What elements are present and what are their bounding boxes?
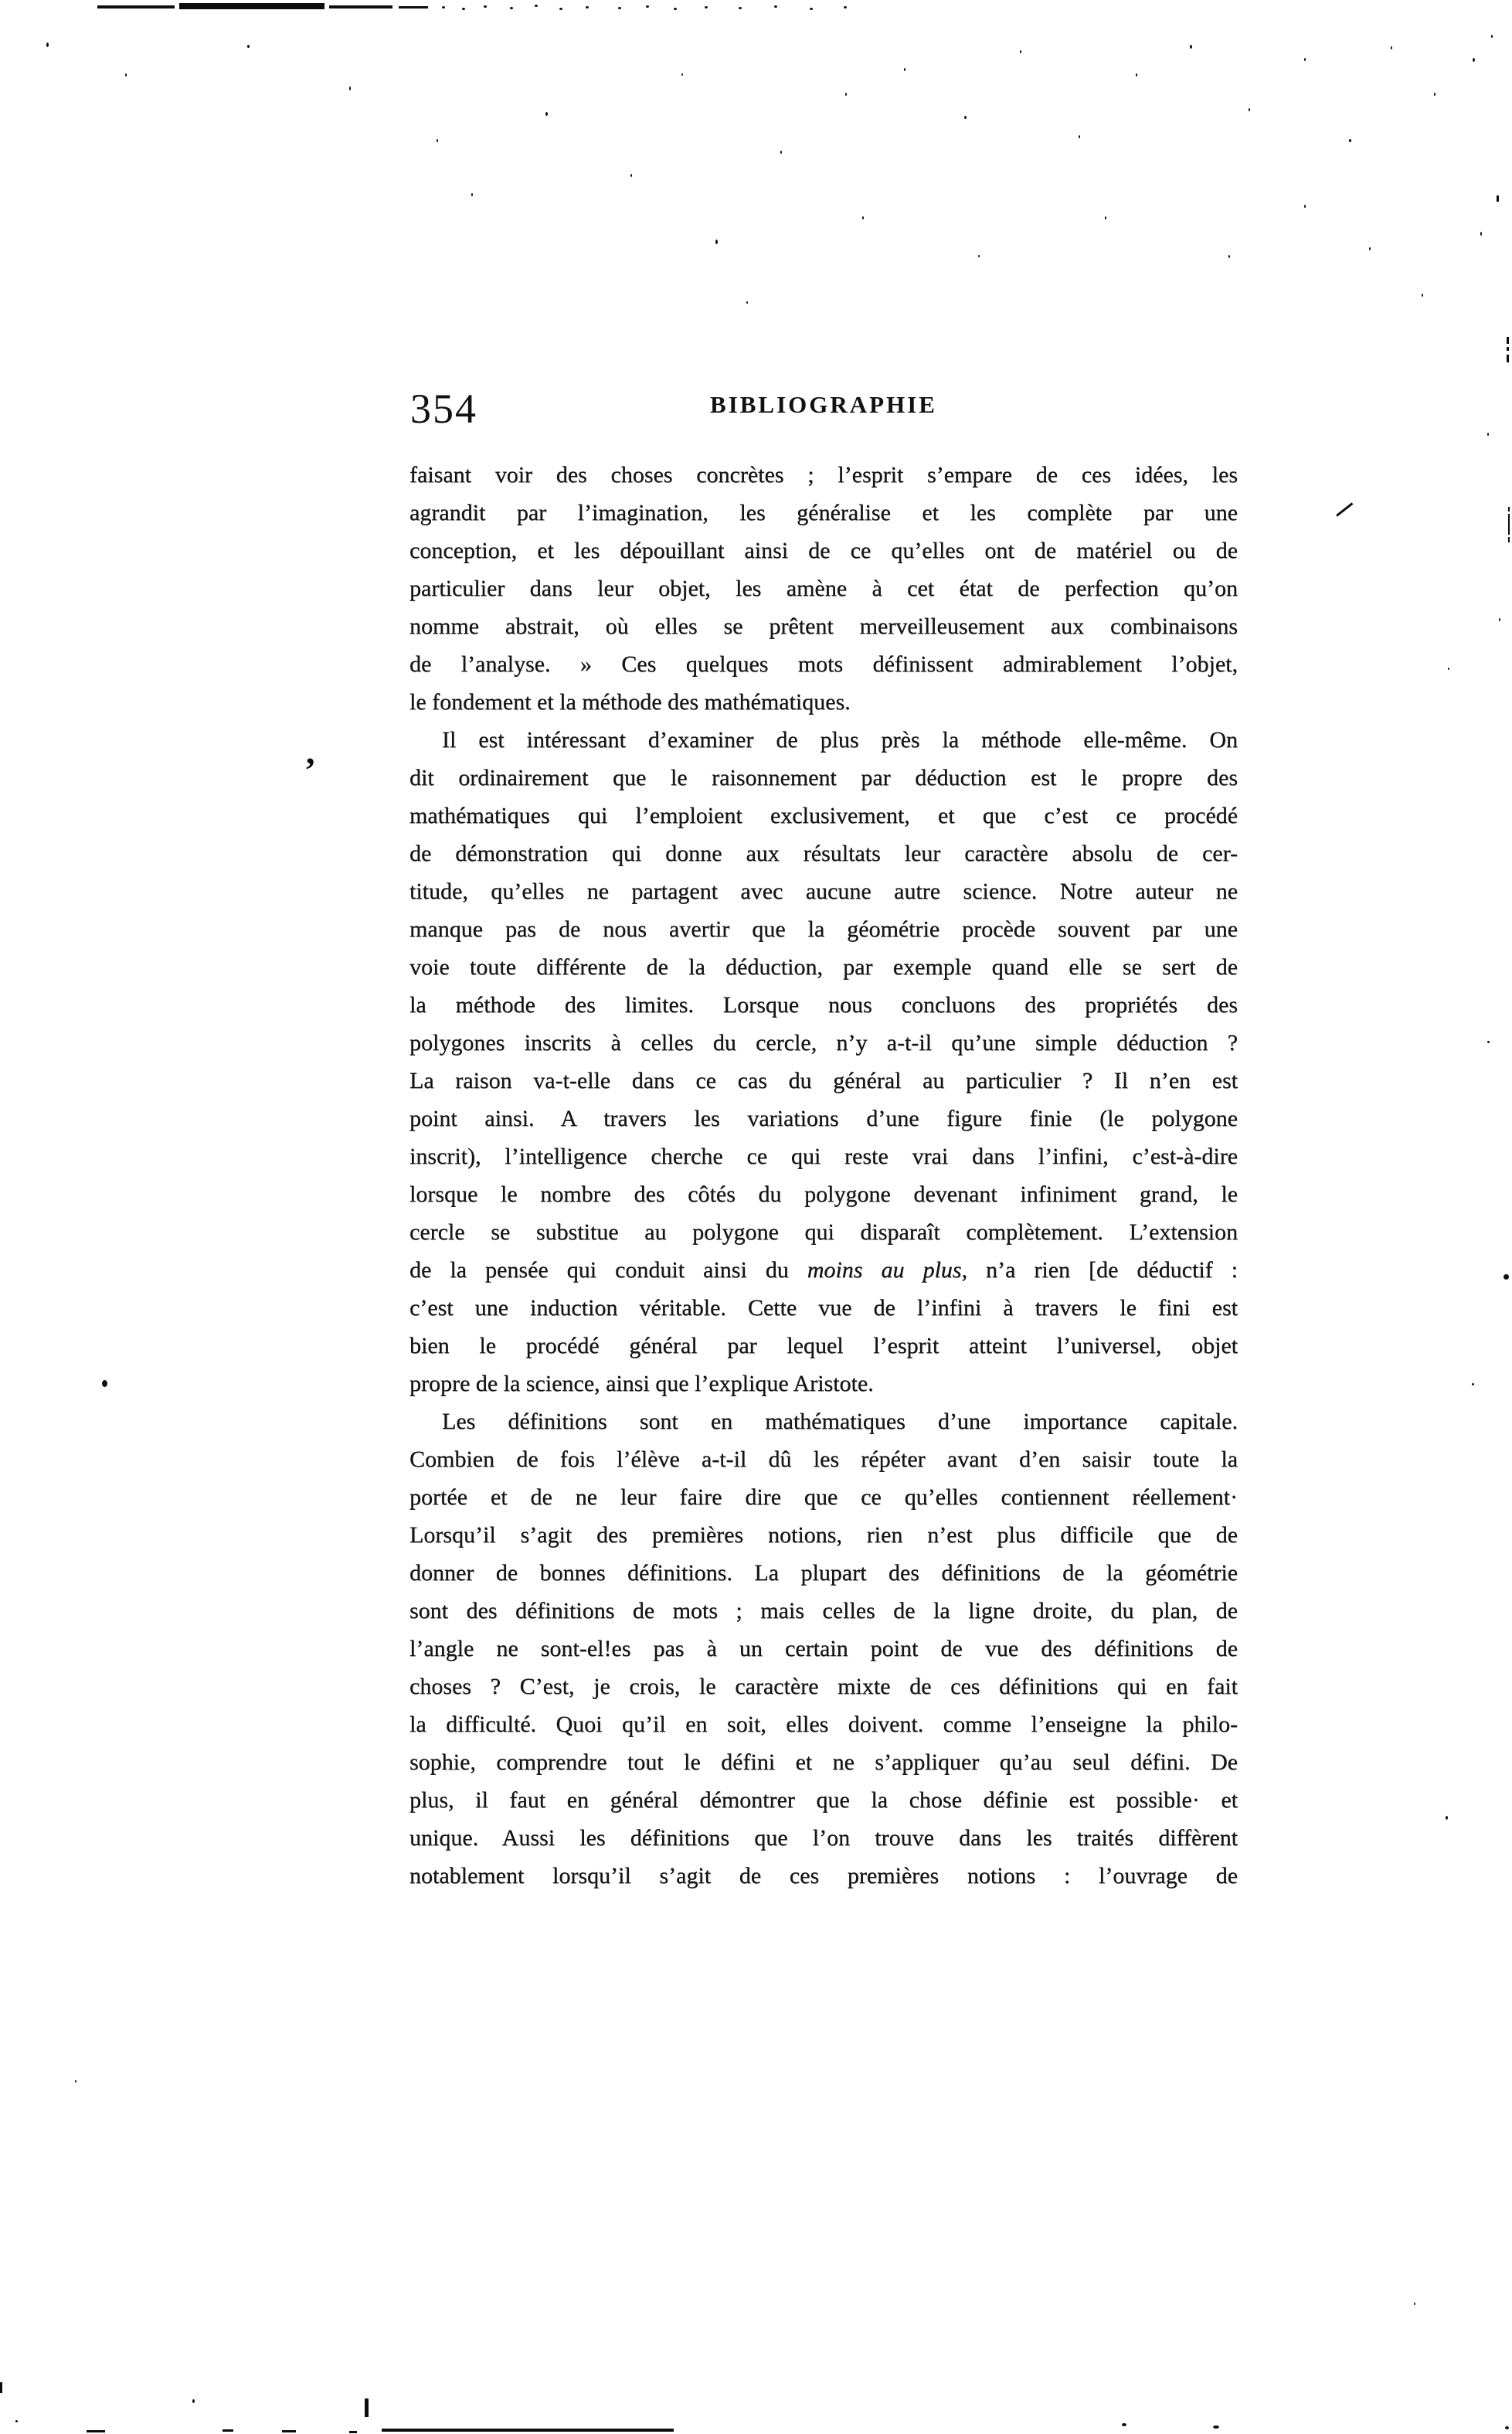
text-line: polygones inscrits à celles du cercle, n… <box>409 1024 1238 1062</box>
scan-speck <box>484 5 487 8</box>
text-line: particulier dans leur objet, les amène à… <box>409 569 1238 607</box>
scan-edge-dash <box>223 2429 233 2432</box>
scan-speck <box>1079 135 1080 138</box>
scan-speck <box>545 112 548 116</box>
scan-speck <box>1190 45 1192 49</box>
text-line: point ainsi. A travers les variations d’… <box>409 1100 1238 1137</box>
scan-edge-dash <box>349 2431 357 2433</box>
scan-speck <box>780 151 782 154</box>
scan-speck <box>1434 93 1436 96</box>
text-line: la difficulté. Quoi qu’il en soit, elles… <box>409 1705 1238 1743</box>
text-line: sont des définitions de mots ; mais cell… <box>409 1592 1238 1630</box>
text-line: voie toute différente de la déduction, p… <box>409 948 1238 986</box>
text-line: portée et de ne leur faire dire que ce q… <box>409 1478 1238 1516</box>
scan-speck <box>1505 2426 1509 2429</box>
scan-edge-dash <box>179 3 324 9</box>
scan-speck <box>739 7 742 9</box>
text-line: mathématiques qui l’emploient exclusivem… <box>409 797 1238 835</box>
text-line: choses ? C’est, je crois, le caractère m… <box>409 1667 1238 1705</box>
scan-speck <box>1487 433 1489 436</box>
scan-speck <box>1448 668 1449 670</box>
text-line: de l’analyse. » Ces quelques mots défini… <box>409 645 1238 683</box>
scan-speck <box>586 6 589 8</box>
scan-edge-dash <box>365 2398 369 2417</box>
scan-edge-dash <box>97 5 175 8</box>
text-line: Combien de fois l’élève a-t-il dû les ré… <box>409 1440 1238 1478</box>
scan-speck <box>1414 2303 1415 2305</box>
text-line: unique. Aussi les définitions que l’on t… <box>409 1819 1238 1857</box>
scan-edge-dash <box>382 2429 674 2432</box>
text-line: de démonstration qui donne aux résultats… <box>409 835 1238 872</box>
scan-speck <box>630 174 632 177</box>
text-line: notablement lorsqu’il s’agit de ces prem… <box>409 1857 1238 1895</box>
scan-edge-dash <box>1507 347 1509 351</box>
scan-speck <box>1228 255 1230 258</box>
scan-speck <box>862 216 864 219</box>
scan-speck <box>349 87 351 90</box>
scan-speck <box>559 8 562 10</box>
text-line: dit ordinairement que le raisonnement pa… <box>409 759 1238 797</box>
scan-speck <box>75 2080 76 2082</box>
scan-speck <box>1105 216 1106 219</box>
scan-speck <box>746 301 748 304</box>
scan-speck <box>681 73 683 76</box>
scan-speck <box>964 116 967 119</box>
scan-speck <box>705 6 708 8</box>
scan-speck <box>535 5 538 7</box>
scan-edge-dash <box>0 2382 2 2393</box>
scan-speck <box>1473 58 1475 62</box>
scan-speck <box>1391 46 1392 49</box>
scan-speck <box>247 45 250 48</box>
scan-speck <box>1122 2423 1126 2426</box>
scan-speck <box>462 8 465 10</box>
text-line: Les définitions sont en mathématiques d’… <box>409 1402 1238 1440</box>
scan-speck <box>1487 1041 1490 1043</box>
scan-edge-dash <box>1508 537 1510 542</box>
scan-speck <box>1491 35 1493 38</box>
text-line: la méthode des limites. Lorsque nous con… <box>409 986 1238 1024</box>
scan-edge-dash <box>1507 337 1509 344</box>
text-line: plus, il faut en général démontrer que l… <box>409 1781 1238 1819</box>
scan-speck <box>1499 618 1500 621</box>
text-line: donner de bonnes définitions. La plupart… <box>409 1554 1238 1592</box>
scan-speck <box>1480 232 1482 236</box>
scan-speck <box>1472 1383 1474 1385</box>
scan-speck <box>442 6 445 8</box>
text-line: nomme abstrait, où elles se prêtent merv… <box>409 607 1238 645</box>
ink-blot-mark: , <box>306 734 315 770</box>
scan-speck <box>715 240 718 244</box>
scan-speck <box>1446 1816 1448 1820</box>
text-line: lorsque le nombre des côtés du polygone … <box>409 1175 1238 1213</box>
scan-edge-dash <box>282 2430 296 2432</box>
scan-speck <box>471 193 473 196</box>
text-line: bien le procédé général par lequel l’esp… <box>409 1327 1238 1365</box>
scan-speck <box>1504 1274 1509 1280</box>
scan-speck <box>774 5 777 8</box>
scan-speck <box>437 139 438 142</box>
text-line: titude, qu’elles ne partagent avec aucun… <box>409 872 1238 910</box>
text-line: manque pas de nous avertir que la géomét… <box>409 910 1238 948</box>
text-line: agrandit par l’imagination, les générali… <box>409 494 1238 532</box>
scan-edge-dash <box>87 2430 105 2432</box>
text-line: La raison va-t-elle dans ce cas du génér… <box>409 1062 1238 1100</box>
scan-speck <box>102 1380 107 1387</box>
scan-speck <box>845 93 847 96</box>
scan-speck <box>15 2420 18 2422</box>
scan-edge-dash <box>329 5 392 8</box>
scan-speck <box>192 2399 195 2403</box>
scan-edge-dash <box>1508 507 1510 512</box>
scan-speck <box>904 68 906 71</box>
text-line: sophie, comprendre tout le défini et ne … <box>409 1743 1238 1781</box>
text-line: conception, et les dépouillant ainsi de … <box>409 532 1238 569</box>
text-line: l’angle ne sont-el!es pas à un certain p… <box>409 1630 1238 1667</box>
body-text-block: faisant voir des choses concrètes ; l’es… <box>409 456 1238 1895</box>
text-line: de la pensée qui conduit ainsi du moins … <box>409 1251 1238 1289</box>
text-line: propre de la science, ainsi que l’expliq… <box>409 1365 1238 1402</box>
text-line: Lorsqu’il s’agit des premières notions, … <box>409 1516 1238 1554</box>
scan-speck <box>1369 247 1371 250</box>
scan-speck <box>1349 139 1351 142</box>
scan-speck <box>1213 2426 1219 2429</box>
scan-speck <box>125 73 127 76</box>
scan-speck <box>1304 205 1306 208</box>
scan-speck <box>646 5 649 8</box>
scan-speck <box>810 8 813 10</box>
scan-edge-dash <box>1497 195 1499 202</box>
scan-speck <box>618 7 621 9</box>
text-line: le fondement et la méthode des mathémati… <box>409 683 1238 721</box>
scan-speck <box>978 255 980 257</box>
scan-speck <box>844 6 847 8</box>
scan-speck <box>1422 294 1423 297</box>
text-line: Il est intéressant d’examiner de plus pr… <box>409 721 1238 759</box>
scan-speck <box>1249 108 1250 111</box>
text-line: inscrit), l’intelligence cherche ce qui … <box>409 1137 1238 1175</box>
scan-edge-dash <box>399 6 428 8</box>
text-line: cercle se substitue au polygone qui disp… <box>409 1213 1238 1251</box>
scan-speck <box>46 42 49 47</box>
scan-edge-dash <box>1507 355 1509 362</box>
scan-slash-mark <box>1336 502 1353 516</box>
running-header: BIBLIOGRAPHIE <box>409 393 1238 416</box>
scanned-book-page: 354 BIBLIOGRAPHIE faisant voir des chose… <box>0 0 1512 2434</box>
scan-speck <box>510 7 513 9</box>
scan-speck <box>1304 58 1306 61</box>
scan-speck <box>1020 50 1021 53</box>
text-line: faisant voir des choses concrètes ; l’es… <box>409 456 1238 494</box>
text-line: c’est une induction véritable. Cette vue… <box>409 1289 1238 1327</box>
scan-speck <box>1136 73 1137 76</box>
scan-edge-dash <box>1508 514 1510 535</box>
scan-speck <box>674 8 677 10</box>
